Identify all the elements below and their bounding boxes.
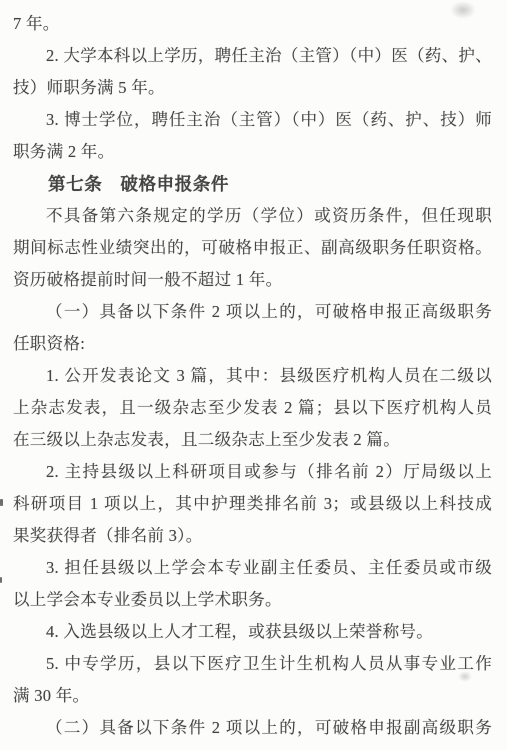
document-body-text: 7 年。2. 大学本科以上学历，聘任主治（主管）（中）医（药、护、技）师职务满 …: [13, 8, 492, 744]
document-text-line: 果奖获得者（排名前 3）。: [13, 520, 492, 552]
document-text-line: 资历破格提前时间一般不超过 1 年。: [13, 264, 492, 296]
document-text-line: 1. 公开发表论文 3 篇，其中：县级医疗机构人员在二级以: [13, 360, 492, 392]
document-text-line: 在三级以上杂志发表，且二级杂志上至少发表 2 篇。: [13, 424, 492, 456]
document-text-line: 满 30 年。: [13, 680, 492, 712]
document-text-line: （一）具备以下条件 2 项以上的，可破格申报正高级职务: [13, 296, 492, 328]
document-text-line: 2. 大学本科以上学历，聘任主治（主管）（中）医（药、护、: [13, 40, 492, 72]
scan-edge-artifact: [0, 577, 2, 583]
document-text-line: 4. 入选县级以上人才工程，或获县级以上荣誉称号。: [13, 616, 492, 648]
scan-edge-artifact: [0, 499, 3, 506]
document-text-line: 上杂志发表，且一级杂志至少发表 2 篇；县以下医疗机构人员: [13, 392, 492, 424]
document-text-line: 5. 中专学历，县以下医疗卫生计生机构人员从事专业工作: [13, 648, 492, 680]
document-text-line: 科研项目 1 项以上，其中护理类排名前 3；或县级以上科技成: [13, 488, 492, 520]
document-text-line: （二）具备以下条件 2 项以上的，可破格申报副高级职务: [13, 712, 492, 744]
article-heading: 第七条 破格申报条件: [13, 168, 492, 200]
document-text-line: 3. 博士学位，聘任主治（主管）（中）医（药、护、技）师: [13, 104, 492, 136]
document-text-line: 任职资格:: [13, 328, 492, 360]
scanned-document-page: 7 年。2. 大学本科以上学历，聘任主治（主管）（中）医（药、护、技）师职务满 …: [0, 0, 507, 750]
document-text-line: 职务满 2 年。: [13, 136, 492, 168]
document-text-line: 7 年。: [13, 8, 492, 40]
document-text-line: 期间标志性业绩突出的，可破格申报正、副高级职务任职资格。: [13, 232, 492, 264]
document-text-line: 以上学会本专业委员以上学术职务。: [13, 584, 492, 616]
document-text-line: 不具备第六条规定的学历（学位）或资历条件，但任现职: [13, 200, 492, 232]
document-text-line: 3. 担任县级以上学会本专业副主任委员、主任委员或市级: [13, 552, 492, 584]
document-text-line: 技）师职务满 5 年。: [13, 72, 492, 104]
document-text-line: 2. 主持县级以上科研项目或参与（排名前 2）厅局级以上: [13, 456, 492, 488]
